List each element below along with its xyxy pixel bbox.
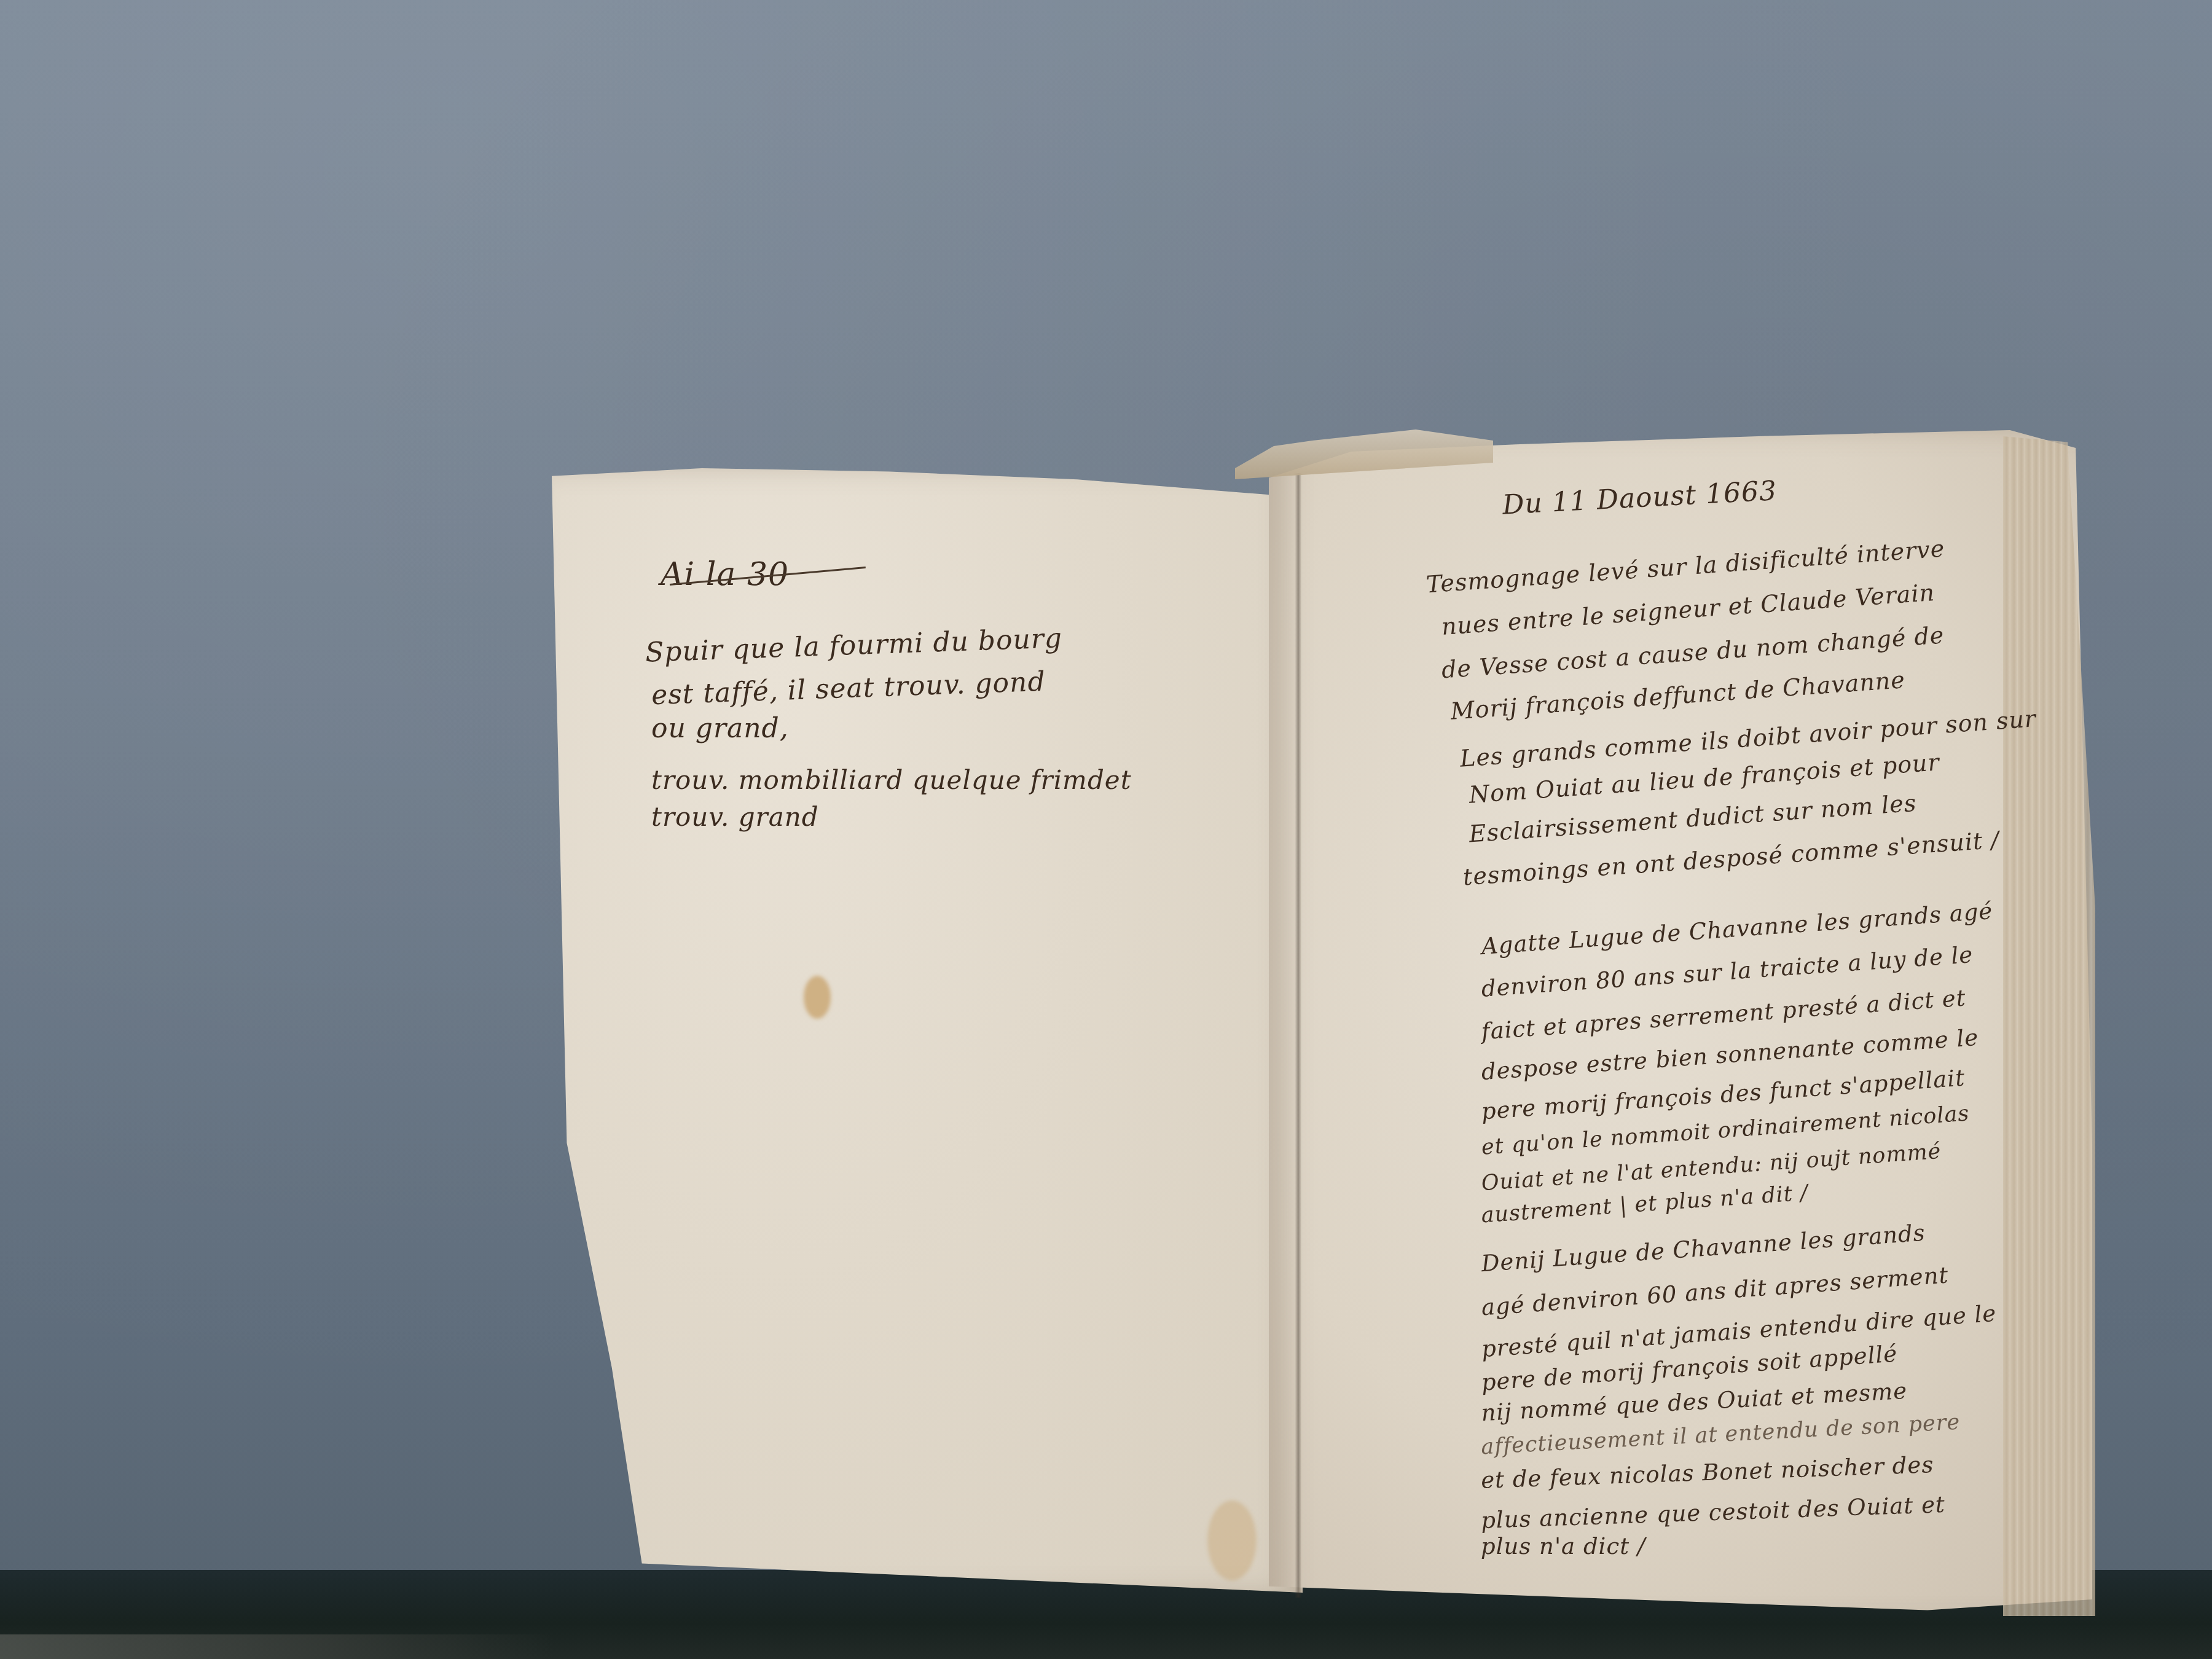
left-page-line: trouv. mombilliard quelque frimdet bbox=[651, 765, 1132, 795]
binding-gutter bbox=[1295, 473, 1301, 1598]
water-stain bbox=[1207, 1500, 1257, 1580]
ink-stain bbox=[804, 976, 831, 1019]
table-highlight bbox=[0, 1634, 553, 1659]
left-page-line: ou grand, bbox=[651, 713, 789, 744]
testimony-line: plus n'a dict / bbox=[1481, 1533, 1645, 1559]
left-page-line: trouv. grand bbox=[651, 802, 819, 832]
